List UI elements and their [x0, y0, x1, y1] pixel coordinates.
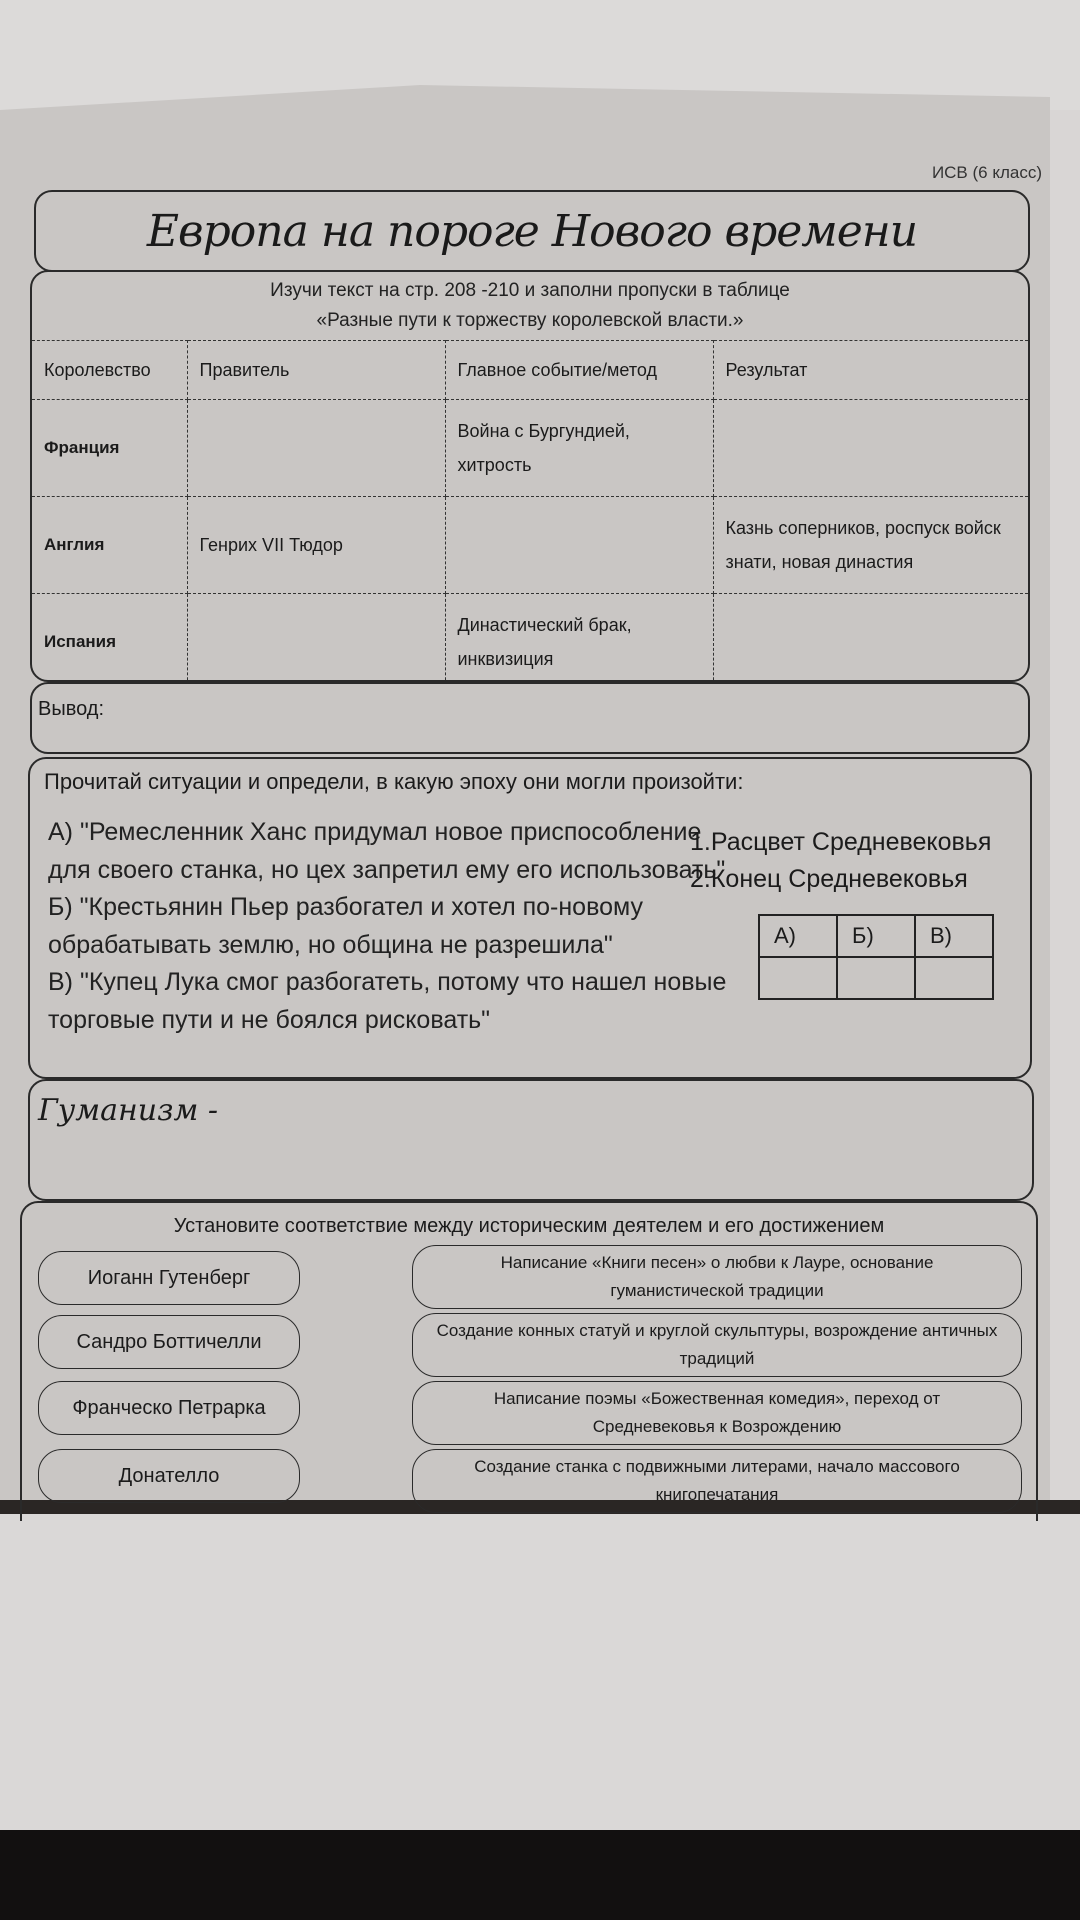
title-box: Европа на пороге Нового времени [34, 190, 1030, 272]
humanism-label: Гуманизм - [38, 1093, 218, 1128]
epoch-option: 2.Конец Средневековья [690, 861, 991, 898]
class-tag: ИСВ (6 класс) [932, 163, 1042, 183]
situation-item: А) "Ремесленник Ханс придумал новое прис… [48, 814, 748, 889]
kingdoms-table: Королевство Правитель Главное событие/ме… [32, 340, 1028, 682]
answer-header: А) [759, 915, 837, 957]
dark-background [0, 1830, 1080, 1920]
table-row: Франция Война с Бургундией, хитрость [32, 400, 1028, 497]
answer-cell-b[interactable] [837, 957, 915, 999]
answer-cell-c[interactable] [915, 957, 993, 999]
achievement-card[interactable]: Написание поэмы «Божественная комедия», … [412, 1381, 1022, 1445]
conclusion-label: Вывод: [38, 698, 104, 720]
answer-header: Б) [837, 915, 915, 957]
table-instruction: Изучи текст на стр. 208 -210 и заполни п… [32, 272, 1028, 336]
ruler-cell: Генрих VII Тюдор [187, 497, 445, 594]
table-row: Испания Династический брак, инквизиция [32, 594, 1028, 683]
achievement-card[interactable]: Создание конных статуй и круглой скульпт… [412, 1313, 1022, 1377]
epoch-option: 1.Расцвет Средневековья [690, 824, 991, 861]
result-cell: Казнь соперников, роспуск войск знати, н… [713, 497, 1028, 594]
column-header: Правитель [187, 341, 445, 400]
lower-blank-sheet [0, 1500, 1080, 1884]
person-card[interactable]: Сандро Боттичелли [38, 1315, 300, 1369]
result-cell[interactable] [713, 400, 1028, 497]
situation-item: Б) "Крестьянин Пьер разбогател и хотел п… [48, 889, 748, 964]
epoch-options: 1.Расцвет Средневековья 2.Конец Средневе… [690, 824, 991, 898]
achievement-card[interactable]: Написание «Книги песен» о любви к Лауре,… [412, 1245, 1022, 1309]
situations-list: А) "Ремесленник Ханс придумал новое прис… [48, 814, 748, 1039]
table-row: Англия Генрих VII Тюдор Казнь соперников… [32, 497, 1028, 594]
event-cell: Династический брак, инквизиция [445, 594, 713, 683]
person-card[interactable]: Донателло [38, 1449, 300, 1503]
ruler-cell[interactable] [187, 400, 445, 497]
answer-grid: А) Б) В) [758, 914, 994, 1000]
result-cell[interactable] [713, 594, 1028, 683]
kingdoms-task: Изучи текст на стр. 208 -210 и заполни п… [30, 270, 1030, 682]
matching-task: Установите соответствие между историческ… [20, 1201, 1038, 1521]
column-header: Королевство [32, 341, 187, 400]
person-card[interactable]: Иоганн Гутенберг [38, 1251, 300, 1305]
answer-header: В) [915, 915, 993, 957]
ruler-cell[interactable] [187, 594, 445, 683]
person-card[interactable]: Франческо Петрарка [38, 1381, 300, 1435]
situations-instruction: Прочитай ситуации и определи, в какую эп… [44, 769, 1016, 795]
answer-cell-a[interactable] [759, 957, 837, 999]
achievement-card[interactable]: Создание станка с подвижными литерами, н… [412, 1449, 1022, 1513]
situations-task: Прочитай ситуации и определи, в какую эп… [28, 757, 1032, 1079]
page-title: Европа на пороге Нового времени [147, 206, 917, 257]
conclusion-field[interactable]: Вывод: [30, 682, 1030, 754]
humanism-field[interactable]: Гуманизм - [28, 1079, 1034, 1201]
column-header: Главное событие/метод [445, 341, 713, 400]
event-cell[interactable] [445, 497, 713, 594]
column-header: Результат [713, 341, 1028, 400]
event-cell: Война с Бургундией, хитрость [445, 400, 713, 497]
matching-instruction: Установите соответствие между историческ… [22, 1215, 1036, 1238]
situation-item: В) "Купец Лука смог разбогатеть, потому … [48, 964, 748, 1039]
